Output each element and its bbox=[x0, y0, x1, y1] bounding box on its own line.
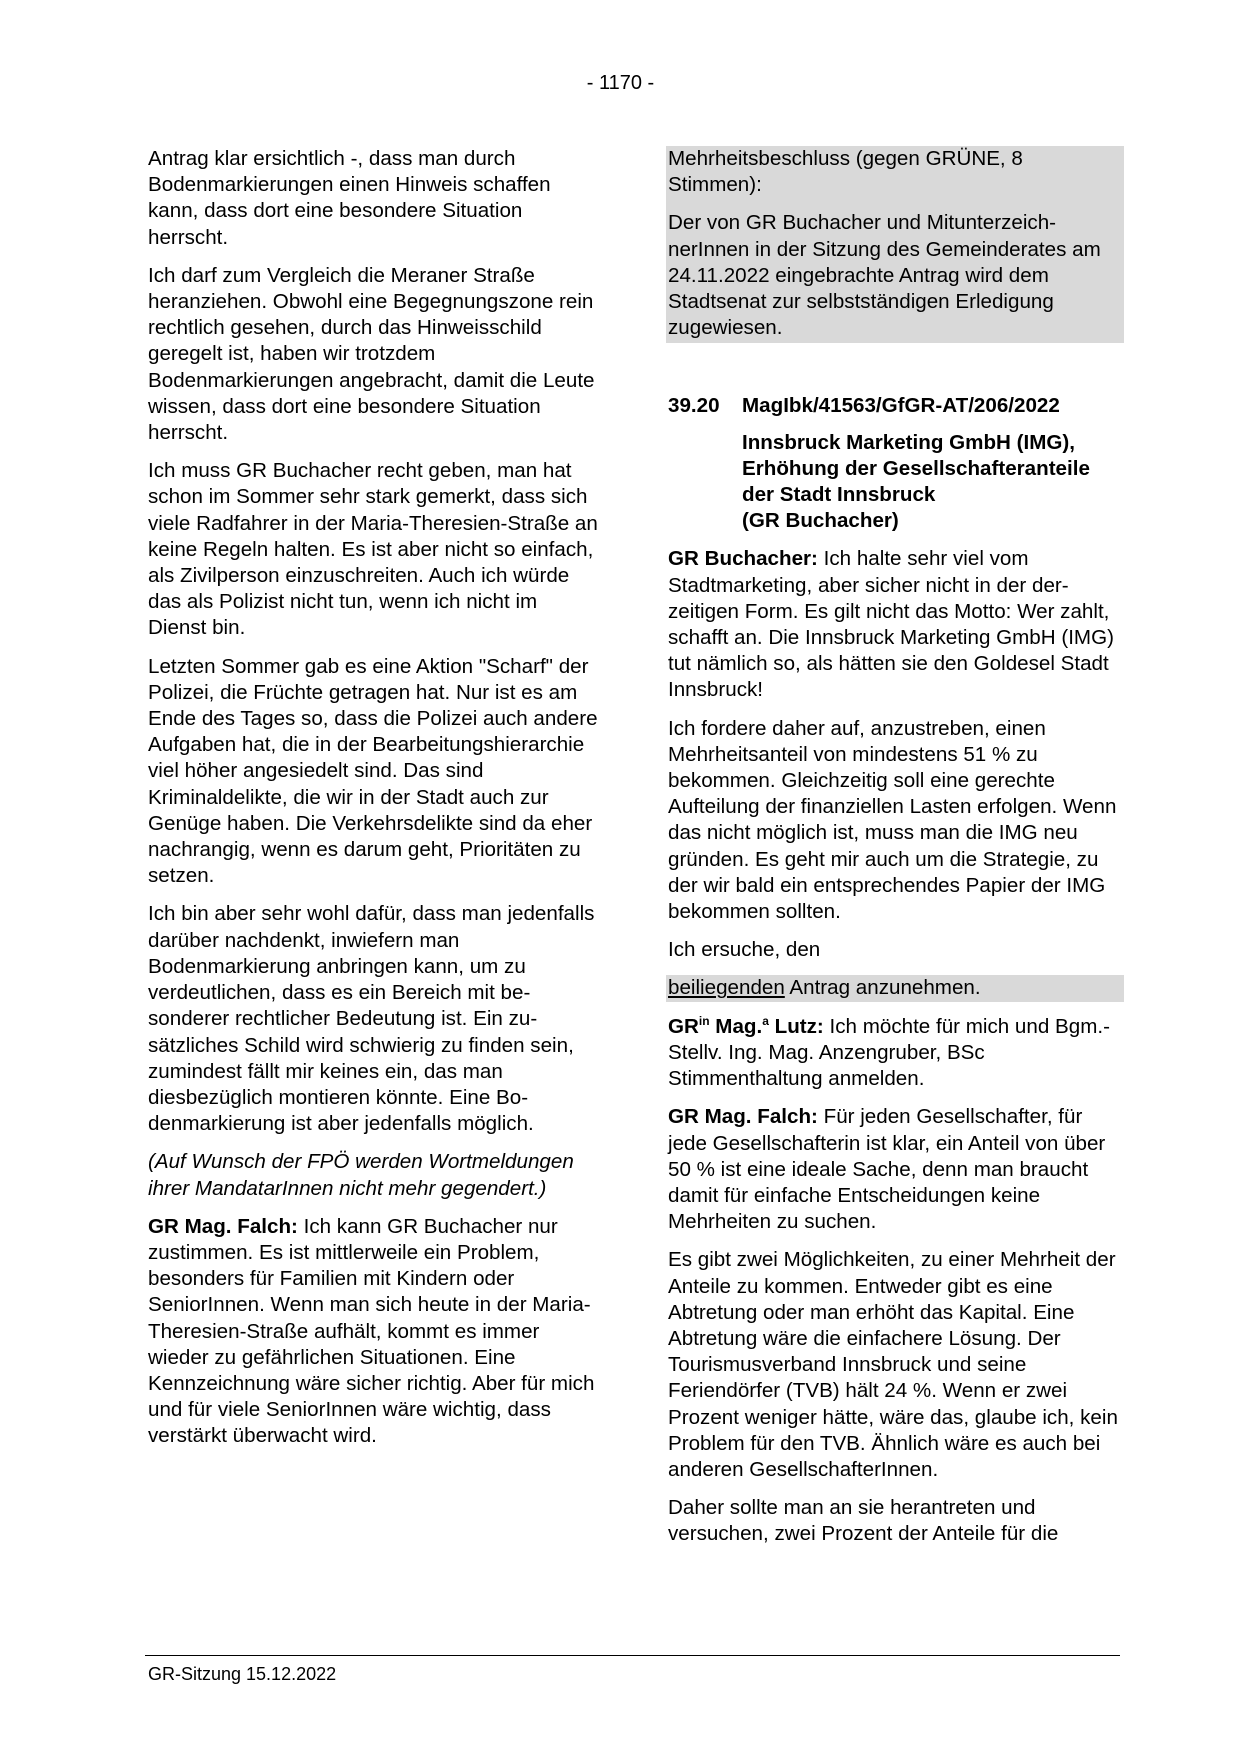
item-title: Innsbruck Marketing GmbH (IMG), Erhöhung… bbox=[742, 430, 1124, 535]
page-number: - 1170 - bbox=[0, 72, 1241, 95]
paragraph: Daher sollte man an sie herantreten und … bbox=[668, 1495, 1124, 1547]
paragraph: Ich ersuche, den bbox=[668, 937, 1124, 963]
paragraph: Antrag klar ersichtlich -, dass man durc… bbox=[148, 146, 598, 251]
paragraph: Ich bin aber sehr wohl dafür, dass man j… bbox=[148, 901, 598, 1137]
item-title-text: Innsbruck Marketing GmbH (IMG), Erhöhung… bbox=[742, 430, 1124, 509]
right-column: Mehrheitsbeschluss (gegen GRÜNE, 8 Stimm… bbox=[668, 146, 1124, 1560]
agenda-item-heading: 39.20 MagIbk/41563/GfGR-AT/206/2022 Inns… bbox=[668, 393, 1124, 534]
speech-falch: GR Mag. Falch: Für jeden Gesellschafter,… bbox=[668, 1104, 1124, 1235]
speaker-name: GRin Mag.a Lutz: bbox=[668, 1015, 824, 1038]
paragraph: Ich darf zum Vergleich die Meraner Straß… bbox=[148, 263, 598, 446]
left-column: Antrag klar ersichtlich -, dass man durc… bbox=[148, 146, 598, 1462]
speech-buchacher: GR Buchacher: Ich halte sehr viel vom St… bbox=[668, 546, 1124, 703]
speaker-name: GR Mag. Falch: bbox=[668, 1105, 818, 1128]
item-title-sponsor: (GR Buchacher) bbox=[742, 508, 1124, 534]
editorial-note: (Auf Wunsch der FPÖ werden Wortmeldun­ge… bbox=[148, 1149, 598, 1201]
paragraph: Es gibt zwei Möglichkeiten, zu einer Meh… bbox=[668, 1247, 1124, 1483]
paragraph: Ich fordere daher auf, anzustreben, eine… bbox=[668, 716, 1124, 926]
speech-text: Ich halte sehr viel vom Stadtmarketing, … bbox=[668, 547, 1114, 701]
resolution-block: Mehrheitsbeschluss (gegen GRÜNE, 8 Stimm… bbox=[666, 146, 1124, 343]
footer-text: GR-Sitzung 15.12.2022 bbox=[148, 1664, 336, 1685]
speaker-surname: Lutz: bbox=[769, 1015, 824, 1038]
speaker-title: GR bbox=[668, 1015, 699, 1038]
speaker-name: GR Buchacher: bbox=[668, 547, 818, 570]
speaker-name: GR Mag. Falch: bbox=[148, 1215, 298, 1238]
attachment-line: beiliegenden Antrag anzunehmen. bbox=[666, 975, 1124, 1001]
paragraph: Ich muss GR Buchacher recht geben, man h… bbox=[148, 458, 598, 641]
footer-divider bbox=[145, 1655, 1120, 1656]
speaker-degree-sup: a bbox=[762, 1014, 769, 1028]
attachment-text: Antrag anzunehmen. bbox=[785, 976, 981, 999]
resolution-text: Der von GR Buchacher und Mitunterzeich­n… bbox=[668, 210, 1120, 343]
resolution-title: Mehrheitsbeschluss (gegen GRÜNE, 8 Stimm… bbox=[668, 146, 1120, 210]
item-reference: MagIbk/41563/GfGR-AT/206/2022 bbox=[742, 393, 1060, 419]
speaker-title-sup: in bbox=[699, 1014, 710, 1028]
attachment-link[interactable]: beiliegenden bbox=[668, 976, 785, 999]
speech-text: Ich kann GR Buchacher nur zustimmen. Es … bbox=[148, 1215, 594, 1448]
item-number: 39.20 bbox=[668, 393, 742, 419]
paragraph: Letzten Sommer gab es eine Aktion "Schar… bbox=[148, 654, 598, 890]
speech-lutz: GRin Mag.a Lutz: Ich möchte für mich und… bbox=[668, 1014, 1124, 1093]
speaker-degree: Mag. bbox=[710, 1015, 763, 1038]
speech-falch: GR Mag. Falch: Ich kann GR Buchacher nur… bbox=[148, 1214, 598, 1450]
